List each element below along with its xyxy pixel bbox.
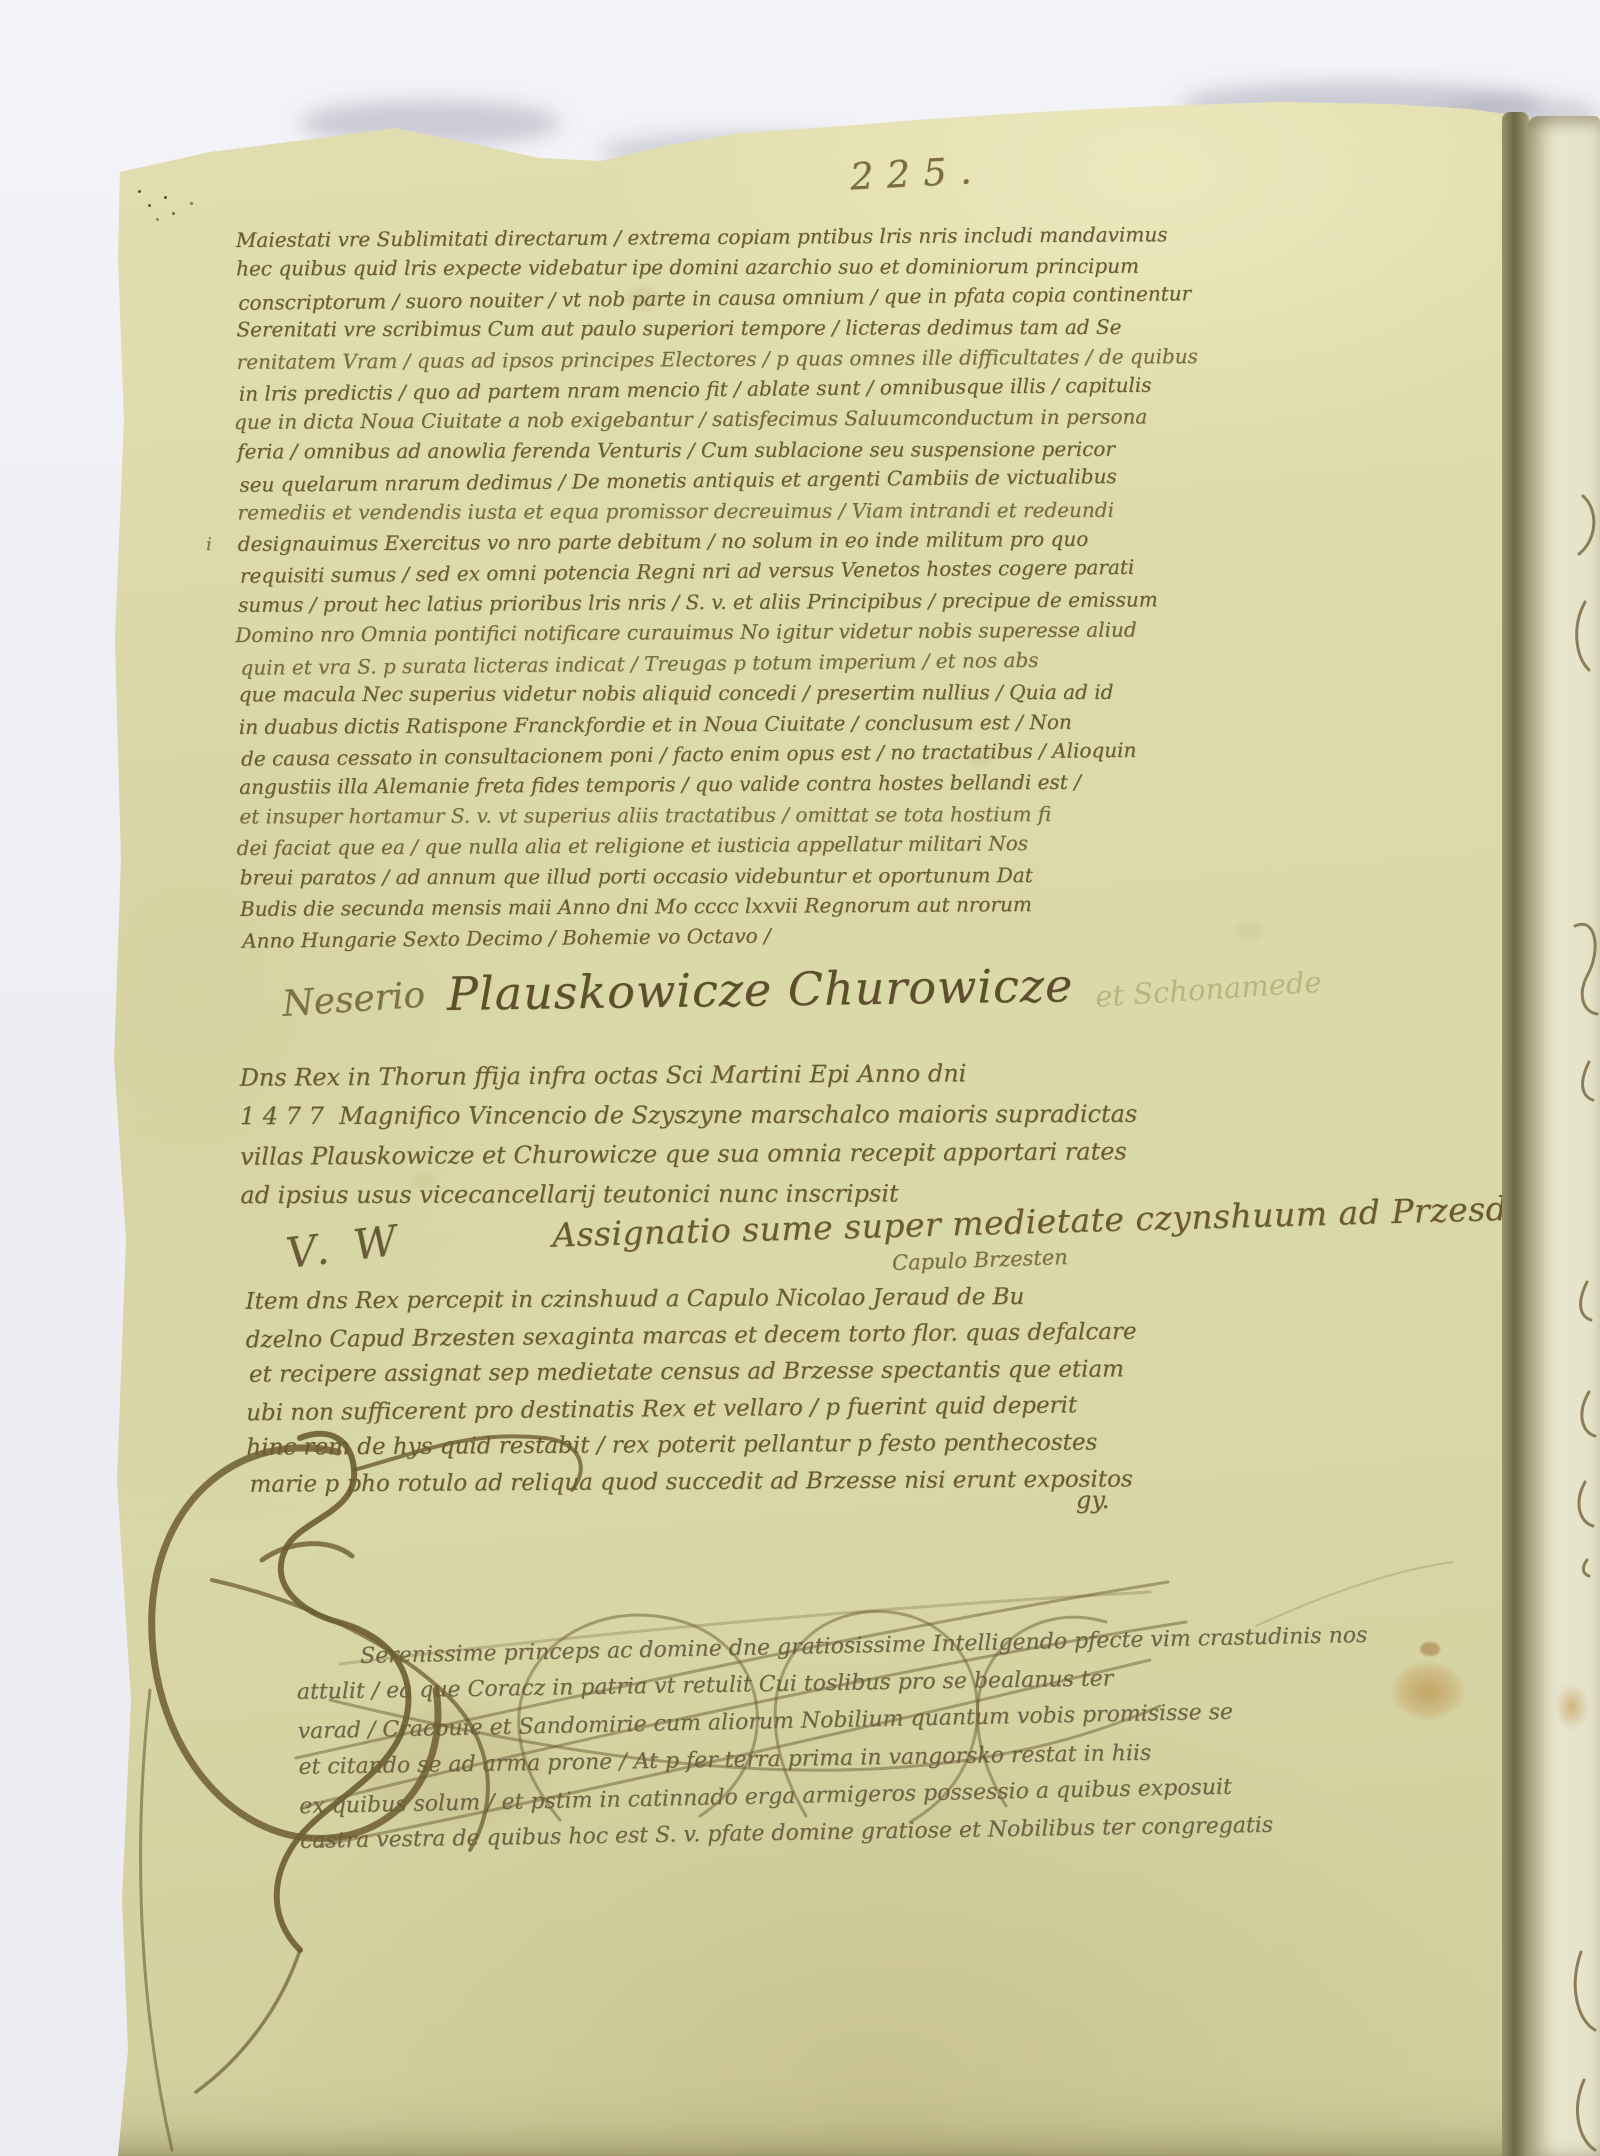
manuscript-page: 225 225. Maiestati vre Sublimitati direc…: [0, 0, 1600, 2156]
manuscript-line: et insuper hortamur S. v. vt superius al…: [239, 798, 1200, 831]
manuscript-line: remediis et vendendis iusta et equa prom…: [237, 494, 1198, 527]
ink-stain: [1392, 1662, 1464, 1720]
heading-title: Plauskowicze Churowicze: [447, 958, 1074, 1021]
margin-annotation: V. W: [283, 1215, 405, 1278]
manuscript-line: Dns Rex in Thorun ffija infra octas Sci …: [240, 1053, 1138, 1098]
assignment-entry-text: Item dns Rex percepit in czinshuud a Cap…: [245, 1278, 1137, 1502]
page-gutter: [1502, 112, 1529, 2156]
entry-end-mark: gy.: [1076, 1486, 1109, 1514]
manuscript-line: Serenitati vre scribimus Cum aut paulo s…: [236, 312, 1197, 345]
manuscript-line: hinc rem de hys quid restabit / rex pote…: [246, 1424, 1137, 1466]
manuscript-line: marie p pho rotulo ad reliqua quod succe…: [249, 1461, 1140, 1503]
manuscript-line: dei faciat que ea / que nulla alia et re…: [236, 827, 1197, 863]
main-letter-text: Maiestati vre Sublimitati directarum / e…: [236, 219, 1202, 955]
heading-faint-addition: et Schonamede: [1094, 965, 1322, 1014]
ink-stain: [1555, 1684, 1589, 1730]
manuscript-line: Maiestati vre Sublimitati directarum / e…: [236, 219, 1197, 255]
adjacent-page-ink: [1527, 116, 1600, 2156]
ink-stain: [1420, 1642, 1440, 1656]
adjacent-page-edge: [1527, 116, 1600, 2156]
scanned-manuscript: 225 225. Maiestati vre Sublimitati direc…: [0, 0, 1600, 2156]
manuscript-line: que in dicta Noua Ciuitate a nob exigeba…: [234, 402, 1195, 438]
archival-page-number: 225: [154, 118, 221, 159]
manuscript-line: et recipere assignat sep medietate censu…: [249, 1351, 1140, 1393]
record-heading: Neserio Plauskowicze Churowicze et Schon…: [282, 955, 1323, 1024]
manuscript-line: villas Plauskowicze et Churowicze que su…: [240, 1132, 1138, 1177]
foxing-spot: [1236, 922, 1262, 940]
margin-mark: i: [206, 534, 212, 555]
cancelled-draft: Serenissime princeps ac domine dne grati…: [296, 1617, 1372, 1863]
manuscript-line: 1 4 7 7 Magnifico Vincencio de Szyszyne …: [240, 1094, 1137, 1136]
record-entry-text: Dns Rex in Thorun ffija infra octas Sci …: [240, 1053, 1138, 1216]
heading-scrawl: Neserio: [281, 975, 426, 1025]
folio-number: 225.: [849, 149, 985, 199]
ink-specks: [138, 190, 141, 193]
interlinear-note: Capulo Brzesten: [892, 1245, 1068, 1275]
manuscript-line: que macula Nec superius videtur nobis al…: [239, 677, 1200, 710]
manuscript-line: breui paratos / ad annum que illud porti…: [240, 859, 1201, 892]
manuscript-line: Item dns Rex percepit in czinshuud a Cap…: [245, 1278, 1136, 1320]
